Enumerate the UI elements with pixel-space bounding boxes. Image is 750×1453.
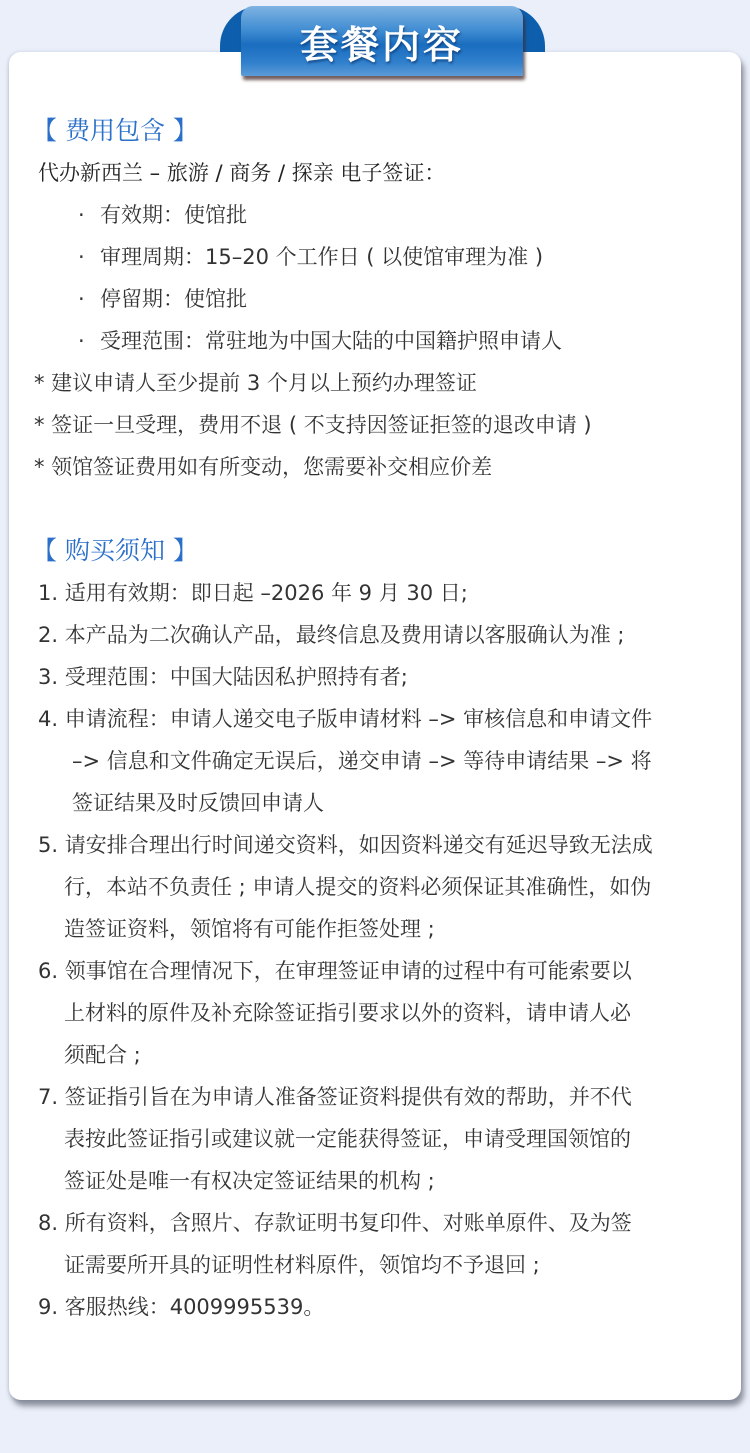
purchase-item-line: 签证结果及时反馈回申请人: [38, 782, 718, 824]
page-title: 套餐内容: [300, 14, 464, 69]
fees-note: * 领馆签证费用如有所变动，您需要补交相应价差: [34, 446, 718, 488]
purchase-section-title: 【 购买须知 】: [32, 530, 718, 572]
fees-section-title: 【 费用包含 】: [32, 110, 718, 152]
bullet-text: 受理范围：常驻地为中国大陆的中国籍护照申请人: [100, 329, 562, 353]
fees-bullet: ·审理周期：15–20 个工作日 ( 以使馆审理为准 ): [38, 236, 718, 278]
bullet-text: 审理周期：15–20 个工作日 ( 以使馆审理为准 ): [100, 245, 543, 269]
purchase-item-line: 6. 领事馆在合理情况下，在审理签证申请的过程中有可能索要以: [38, 950, 718, 992]
purchase-item-6: 6. 领事馆在合理情况下，在审理签证申请的过程中有可能索要以 上材料的原件及补充…: [38, 950, 718, 1076]
purchase-item-line: 造签证资料，领馆将有可能作拒签处理 ;: [38, 908, 718, 950]
purchase-item-line: 证需要所开具的证明性材料原件，领馆均不予退回 ;: [38, 1244, 718, 1286]
purchase-item-line: 行，本站不负责任 ; 申请人提交的资料必须保证其准确性，如伪: [38, 866, 718, 908]
purchase-item-2: 2. 本产品为二次确认产品，最终信息及费用请以客服确认为准 ;: [38, 614, 718, 656]
purchase-item-line: 7. 签证指引旨在为申请人准备签证资料提供有效的帮助，并不代: [38, 1076, 718, 1118]
purchase-item-line: 2. 本产品为二次确认产品，最终信息及费用请以客服确认为准 ;: [38, 614, 718, 656]
fees-bullet: ·停留期：使馆批: [38, 278, 718, 320]
bullet-text: 停留期：使馆批: [100, 287, 247, 311]
purchase-item-line: 4. 申请流程：申请人递交电子版申请材料 –> 审核信息和申请文件: [38, 698, 718, 740]
purchase-item-9: 9. 客服热线：4009995539。: [38, 1286, 718, 1328]
fees-subheading: 代办新西兰 – 旅游 / 商务 / 探亲 电子签证：: [38, 152, 718, 194]
purchase-item-line: 5. 请安排合理出行时间递交资料，如因资料递交有延迟导致无法成: [38, 824, 718, 866]
bullet-dot-icon: ·: [78, 320, 100, 362]
purchase-item-line: 须配合 ;: [38, 1034, 718, 1076]
bullet-dot-icon: ·: [78, 278, 100, 320]
purchase-item-line: 上材料的原件及补充除签证指引要求以外的资料，请申请人必: [38, 992, 718, 1034]
purchase-item-1: 1. 适用有效期：即日起 –2026 年 9 月 30 日;: [38, 572, 718, 614]
bullet-dot-icon: ·: [78, 236, 100, 278]
fees-bullet: ·受理范围：常驻地为中国大陆的中国籍护照申请人: [38, 320, 718, 362]
purchase-item-7: 7. 签证指引旨在为申请人准备签证资料提供有效的帮助，并不代 表按此签证指引或建…: [38, 1076, 718, 1202]
purchase-item-5: 5. 请安排合理出行时间递交资料，如因资料递交有延迟导致无法成 行，本站不负责任…: [38, 824, 718, 950]
purchase-item-line: 签证处是唯一有权决定签证结果的机构 ;: [38, 1160, 718, 1202]
purchase-item-line: 表按此签证指引或建议就一定能获得签证，申请受理国领馆的: [38, 1118, 718, 1160]
section-spacer: [38, 488, 718, 530]
fees-bullet: ·有效期：使馆批: [38, 194, 718, 236]
bullet-dot-icon: ·: [78, 194, 100, 236]
purchase-item-line: 3. 受理范围：中国大陆因私护照持有者;: [38, 656, 718, 698]
bullet-text: 有效期：使馆批: [100, 203, 247, 227]
content-area: 【 费用包含 】 代办新西兰 – 旅游 / 商务 / 探亲 电子签证： ·有效期…: [38, 110, 718, 1328]
purchase-item-line: 8. 所有资料，含照片、存款证明书复印件、对账单原件、及为签: [38, 1202, 718, 1244]
purchase-item-3: 3. 受理范围：中国大陆因私护照持有者;: [38, 656, 718, 698]
purchase-item-line: –> 信息和文件确定无误后，递交申请 –> 等待申请结果 –> 将: [38, 740, 718, 782]
fees-note: * 签证一旦受理，费用不退 ( 不支持因签证拒签的退改申请 ): [34, 404, 718, 446]
purchase-item-line: 1. 适用有效期：即日起 –2026 年 9 月 30 日;: [38, 572, 718, 614]
purchase-item-8: 8. 所有资料，含照片、存款证明书复印件、对账单原件、及为签 证需要所开具的证明…: [38, 1202, 718, 1286]
fees-note: * 建议申请人至少提前 3 个月以上预约办理签证: [34, 362, 718, 404]
purchase-item-4: 4. 申请流程：申请人递交电子版申请材料 –> 审核信息和申请文件 –> 信息和…: [38, 698, 718, 824]
customer-service-hotline: 9. 客服热线：4009995539。: [38, 1286, 718, 1328]
header-tab: 套餐内容: [241, 6, 523, 76]
